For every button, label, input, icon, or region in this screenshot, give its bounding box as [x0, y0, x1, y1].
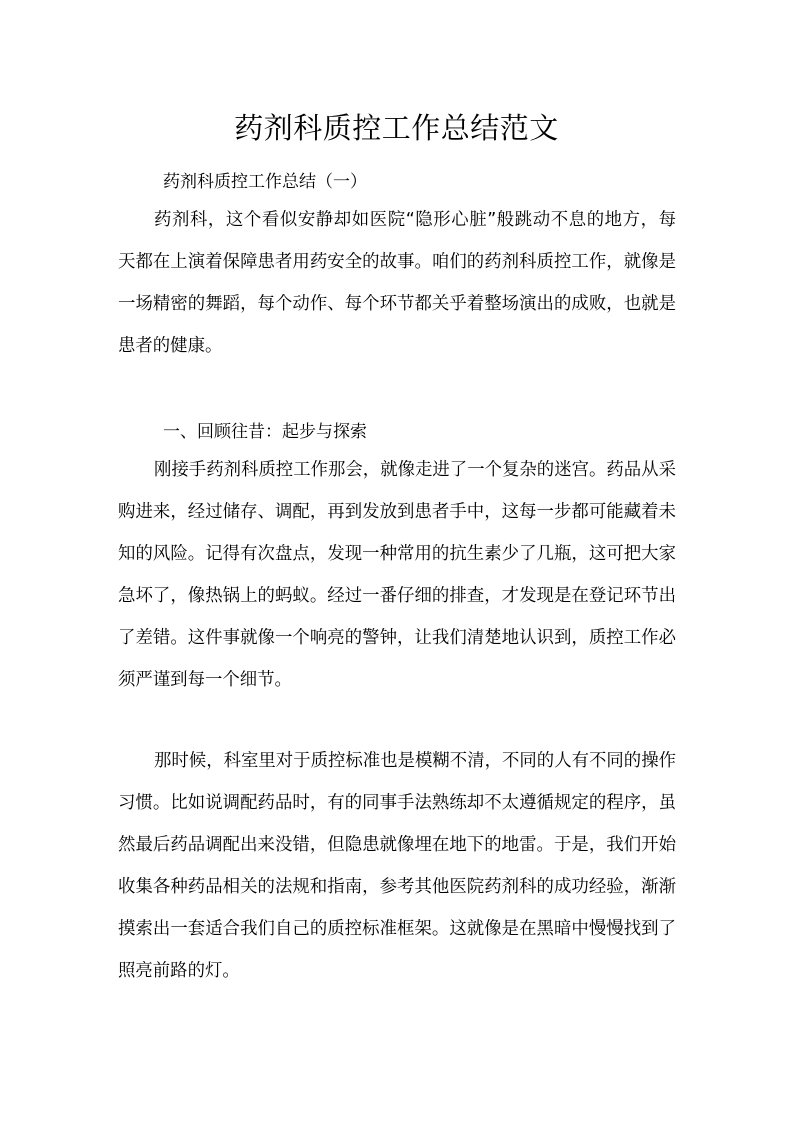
intro-paragraph: 药剂科，这个看似安静却如医院“隐形心脏”般跳动不息的地方，每天都在上演着保障患者… — [118, 199, 676, 367]
document-title: 药剂科质控工作总结范文 — [0, 108, 793, 148]
section-1-paragraph-2: 那时候，科室里对于质控标准也是模糊不清，不同的人有不同的操作习惯。比如说调配药品… — [118, 740, 676, 992]
document-subtitle: 药剂科质控工作总结（一） — [163, 170, 367, 194]
section-heading-1: 一、回顾往昔：起步与探索 — [163, 420, 367, 444]
section-1-paragraph-1: 刚接手药剂科质控工作那会，就像走进了一个复杂的迷宫。药品从采购进来，经过储存、调… — [118, 449, 676, 701]
document-page: 药剂科质控工作总结范文 药剂科质控工作总结（一） 药剂科，这个看似安静却如医院“… — [0, 0, 793, 1122]
